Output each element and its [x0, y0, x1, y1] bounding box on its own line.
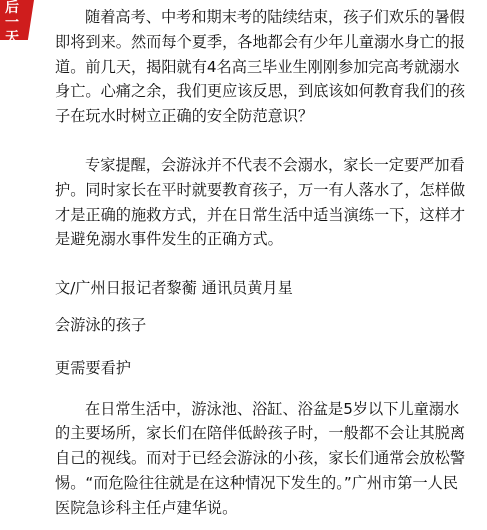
subheading-2: 更需要看护 — [55, 356, 469, 381]
article-body: 随着高考、中考和期末考的陆续结束，孩子们欢乐的暑假即将到来。然而每个夏季，各地都… — [55, 5, 469, 521]
article-paragraph-1: 随着高考、中考和期末考的陆续结束，孩子们欢乐的暑假即将到来。然而每个夏季，各地都… — [55, 5, 469, 129]
byline: 文/广州日报记者黎蘅 通讯员黄月星 — [55, 276, 469, 301]
article-paragraph-3: 在日常生活中，游泳池、浴缸、浴盆是5岁以下儿童溺水的主要场所，家长们在陪伴低龄孩… — [55, 397, 469, 521]
subheading-1: 会游泳的孩子 — [55, 313, 469, 338]
article-paragraph-2: 专家提醒，会游泳并不代表不会溺水，家长一定要严加看护。同时家长在平时就要教育孩子… — [55, 153, 469, 252]
section-tab-label: 后一天 — [2, 1, 22, 46]
